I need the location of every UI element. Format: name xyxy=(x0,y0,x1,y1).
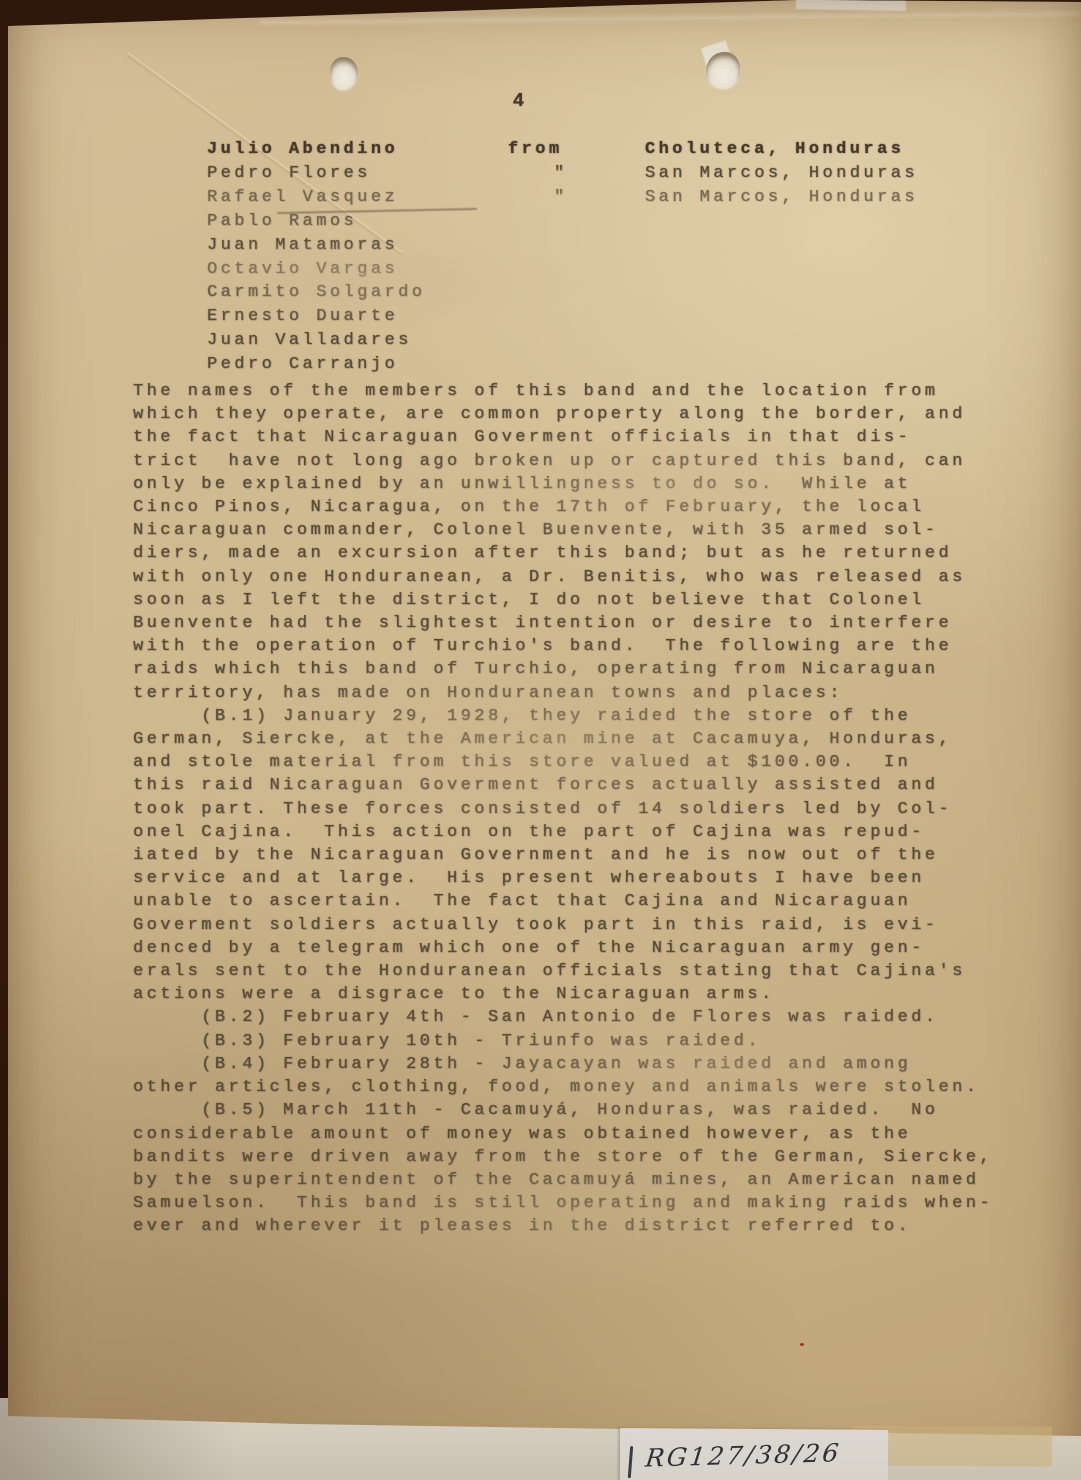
roster-origin xyxy=(508,353,645,377)
roster-row: Pedro Carranjo xyxy=(207,353,918,377)
roster-location xyxy=(645,258,918,282)
roster-name: Julio Abendino xyxy=(207,138,508,162)
roster-name: Juan Matamoras xyxy=(207,234,508,258)
roster-origin: from xyxy=(508,138,645,162)
roster-location: San Marcos, Honduras xyxy=(645,162,918,186)
body-paragraph: (B.4) February 28th - Jayacayan was raid… xyxy=(133,1053,993,1099)
roster-row: Octavio Vargas xyxy=(207,258,918,282)
roster-origin xyxy=(508,258,645,282)
roster-row: Pedro Flores " San Marcos, Honduras xyxy=(207,162,918,186)
roster-origin xyxy=(508,305,645,329)
roster-name: Juan Valladares xyxy=(207,329,508,353)
roster-name: Ernesto Duarte xyxy=(207,305,508,329)
roster-name: Carmito Solgardo xyxy=(207,281,508,305)
roster-origin xyxy=(508,329,645,353)
roster-name: Rafael Vasquez xyxy=(207,186,508,210)
roster-location xyxy=(645,281,918,305)
archive-sticker: RG127/38/26 xyxy=(620,1428,888,1480)
photo-scene: 4 Julio Abendino from Choluteca, Hondura… xyxy=(0,0,1081,1480)
roster-location xyxy=(645,353,918,377)
roster-origin xyxy=(508,234,645,258)
roster-name: Pedro Flores xyxy=(207,162,508,186)
body-paragraph: (B.3) February 10th - Triunfo was raided… xyxy=(133,1030,993,1053)
roster-origin xyxy=(508,281,645,305)
roster-location xyxy=(645,305,918,329)
body-paragraph: (B.2) February 4th - San Antonio de Flor… xyxy=(133,1006,993,1029)
bandit-roster: Julio Abendino from Choluteca, Honduras … xyxy=(207,138,918,377)
roster-location: San Marcos, Honduras xyxy=(645,186,918,210)
roster-row: Juan Valladares xyxy=(207,329,918,353)
archive-label: RG127/38/26 xyxy=(644,1438,843,1472)
roster-location xyxy=(645,329,918,353)
roster-name: Pedro Carranjo xyxy=(207,353,508,377)
punch-hole-left xyxy=(330,57,358,90)
roster-location xyxy=(645,210,918,234)
roster-row: Rafael Vasquez " San Marcos, Honduras xyxy=(207,186,918,210)
roster-row: Juan Matamoras xyxy=(207,234,918,258)
body-text: The names of the members of this band an… xyxy=(133,380,993,1239)
roster-name: Pablo Ramos xyxy=(207,210,508,234)
body-paragraph: (B.1) January 29, 1928, they raided the … xyxy=(133,705,993,1007)
roster-row: Julio Abendino from Choluteca, Honduras xyxy=(207,138,918,162)
punch-hole-right xyxy=(706,52,740,89)
roster-origin: " xyxy=(508,162,645,186)
roster-row: Carmito Solgardo xyxy=(207,281,918,305)
fold-highlight xyxy=(260,12,1080,25)
pen-mark xyxy=(628,1446,633,1478)
typed-page: 4 Julio Abendino from Choluteca, Hondura… xyxy=(0,0,1081,1480)
roster-location: Choluteca, Honduras xyxy=(645,138,918,162)
body-paragraph: The names of the members of this band an… xyxy=(133,380,993,705)
roster-origin xyxy=(508,210,645,234)
torn-edge-bit xyxy=(796,0,906,11)
roster-location xyxy=(645,234,918,258)
roster-name: Octavio Vargas xyxy=(207,258,508,282)
body-paragraph: (B.5) March 11th - Cacamuyá, Honduras, w… xyxy=(133,1099,993,1238)
roster-origin: " xyxy=(508,186,645,210)
roster-row: Ernesto Duarte xyxy=(207,305,918,329)
page-number: 4 xyxy=(496,90,544,112)
red-speck xyxy=(800,1343,804,1346)
